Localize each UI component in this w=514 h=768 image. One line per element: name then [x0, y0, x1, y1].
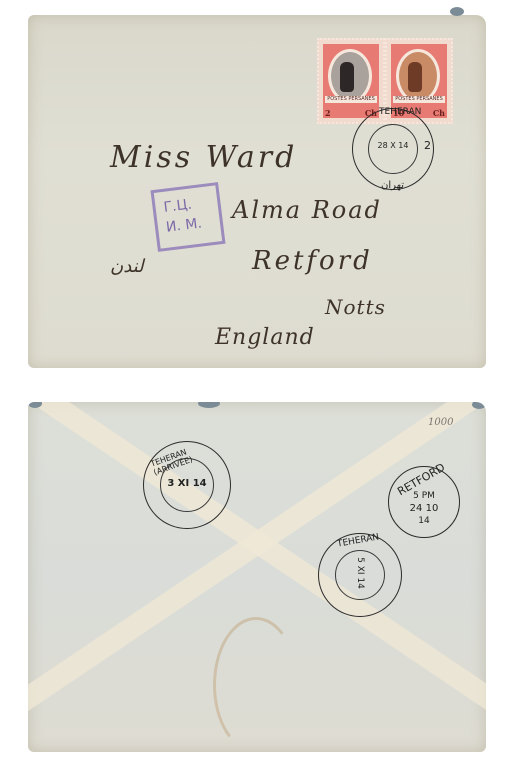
censor-mark: Г.Ц. И. М.: [150, 182, 225, 252]
address-street: Alma Road: [232, 196, 382, 224]
address-name: Miss Ward: [110, 140, 297, 175]
address-country: England: [215, 325, 315, 350]
stamp-unit: Ch: [433, 108, 445, 118]
portrait-icon: [408, 62, 422, 92]
envelope-back: [28, 402, 486, 752]
pencil-note: 1000: [428, 417, 453, 428]
paper-tear: [450, 7, 464, 16]
portrait-icon: [340, 62, 354, 92]
stamp-country: POSTES PERSANES: [325, 96, 377, 103]
water-stain: [213, 617, 299, 752]
postmark-teheran-front: TEHERAN 28 X 14 2 تهران: [352, 108, 434, 190]
paper-tear: [472, 402, 486, 409]
stamp-country: POSTES PERSANES: [393, 96, 445, 103]
paper-tear: [198, 402, 220, 408]
persian-note: لندن: [110, 256, 144, 277]
postmark-teheran-arrivee: TEHERAN (ARRIVÉE) 3 XI 14: [143, 441, 231, 529]
postmark-retford: RETFORD 5 PM 24 10 14: [388, 466, 460, 538]
address-town: Retford: [252, 246, 373, 276]
address-county: Notts: [325, 295, 386, 319]
stamp-value: 2: [325, 108, 331, 118]
postmark-teheran-back: TEHERAN 5 XI 14: [318, 533, 402, 617]
